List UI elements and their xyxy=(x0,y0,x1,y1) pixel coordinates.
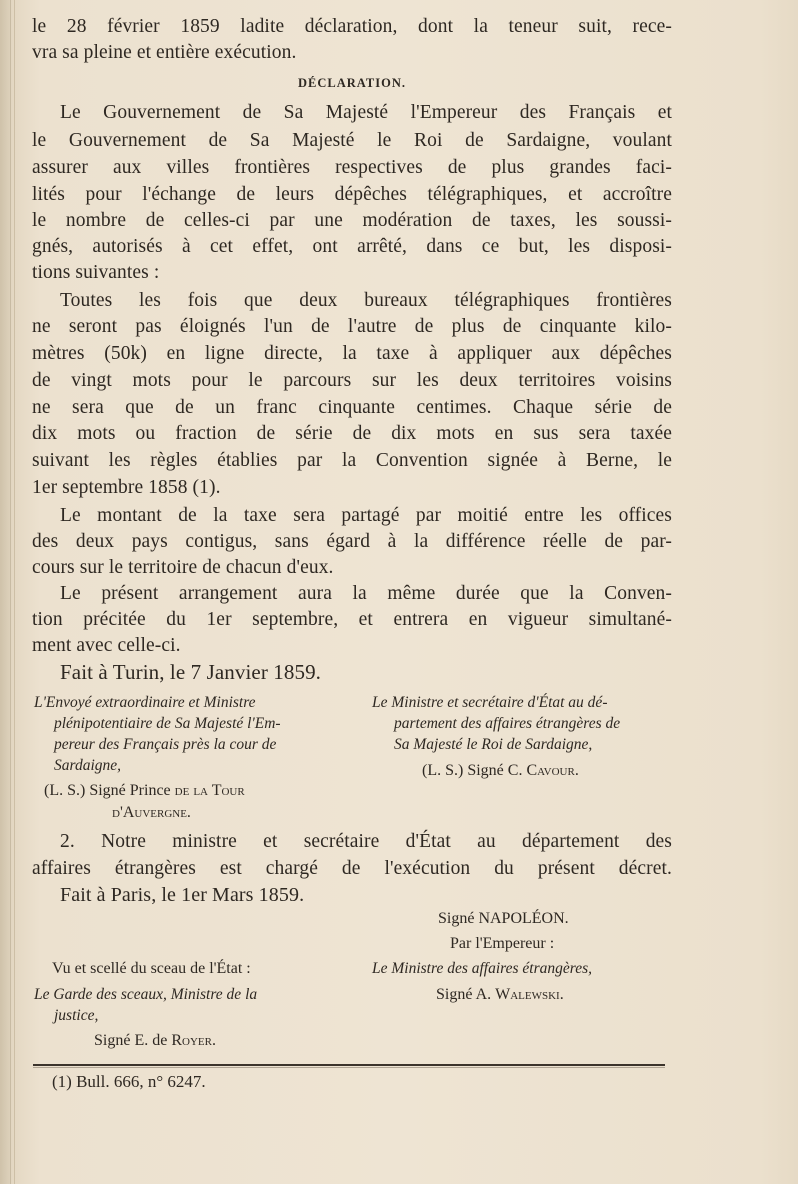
napoleon-signature: Signé NAPOLÉON. xyxy=(438,908,569,930)
declaration-date: Fait à Turin, le 7 Janvier 1859. xyxy=(60,659,321,685)
signatory-title-line: plénipotentiaire de Sa Majesté l'Em- xyxy=(54,713,281,734)
paragraph-line: Le Gouvernement de Sa Majesté l'Empereur… xyxy=(60,100,672,126)
paragraph-line: le Gouvernement de Sa Majesté le Roi de … xyxy=(32,128,672,154)
paragraph-line: le nombre de celles-ci par une modératio… xyxy=(32,208,672,234)
signatory-title-line: L'Envoyé extraordinaire et Ministre xyxy=(34,692,256,713)
footnote: (1) Bull. 666, n° 6247. xyxy=(52,1070,206,1094)
paragraph-line: mètres (50k) en ligne directe, la taxe à… xyxy=(32,341,672,367)
scanned-page: le 28 février 1859 ladite déclaration, d… xyxy=(0,0,798,1184)
walewski-signature: Signé A. Walewski. xyxy=(436,984,564,1006)
paragraph-line: Le présent arrangement aura la même duré… xyxy=(60,581,672,607)
signatory-signature-cont: d'Auvergne. xyxy=(112,802,191,824)
garde-title-line: Le Garde des sceaux, Ministre de la xyxy=(34,984,257,1005)
paragraph-line: Le montant de la taxe sera partagé par m… xyxy=(60,503,672,529)
paragraph-line: ne seront pas éloignés l'un de l'autre d… xyxy=(32,314,672,340)
paragraph-line: suivant les règles établies par la Conve… xyxy=(32,448,672,474)
signature-prefix: (L. S.) Signé Prince xyxy=(44,782,171,799)
paragraph-line: 2. Notre ministre et secrétaire d'État a… xyxy=(60,829,672,855)
signatory-title-line: partement des affaires étrangères de xyxy=(394,713,620,734)
footnote-divider-shadow xyxy=(33,1067,665,1068)
signature-prefix: Signé E. de xyxy=(94,1032,167,1049)
signature-name: de la Tour xyxy=(175,782,245,799)
paragraph-line: dix mots ou fraction de série de dix mot… xyxy=(32,421,672,447)
foreign-minister-title: Le Ministre des affaires étrangères, xyxy=(372,958,592,979)
signatory-signature: (L. S.) Signé C. Cavour. xyxy=(422,760,579,782)
signatory-title-line: Le Ministre et secrétaire d'État au dé- xyxy=(372,692,607,713)
signature-name: Cavour. xyxy=(526,762,578,779)
signature-prefix: (L. S.) Signé C. xyxy=(422,762,522,779)
paragraph-line: de vingt mots pour le parcours sur les d… xyxy=(32,368,672,394)
paragraph-line: affaires étrangères est chargé de l'exéc… xyxy=(32,856,672,882)
paragraph-line: ment avec celle-ci. xyxy=(32,633,181,659)
decree-date: Fait à Paris, le 1er Mars 1859. xyxy=(60,882,304,908)
intro-line-2: vra sa pleine et entière exécution. xyxy=(32,40,296,66)
signature-prefix: Signé A. xyxy=(436,986,491,1003)
royer-signature: Signé E. de Royer. xyxy=(94,1030,216,1052)
signatory-title-line: Sardaigne, xyxy=(54,755,121,776)
signatory-title-line: Sa Majesté le Roi de Sardaigne, xyxy=(394,734,592,755)
signatory-signature: (L. S.) Signé Prince de la Tour xyxy=(44,780,245,802)
seal-statement: Vu et scellé du sceau de l'État : xyxy=(52,958,251,980)
binding-edge xyxy=(14,0,15,1184)
page-gutter xyxy=(0,0,11,1184)
paragraph-line: tion précitée du 1er septembre, et entre… xyxy=(32,607,672,633)
intro-line-1: le 28 février 1859 ladite déclaration, d… xyxy=(32,14,672,40)
signatory-title-line: pereur des Français près la cour de xyxy=(54,734,276,755)
paragraph-line: 1er septembre 1858 (1). xyxy=(32,475,221,501)
garde-title-line: justice, xyxy=(54,1005,98,1026)
footnote-divider xyxy=(33,1064,665,1066)
paragraph-line: cours sur le territoire de chacun d'eux. xyxy=(32,555,334,581)
paragraph-line: tions suivantes : xyxy=(32,260,159,286)
paragraph-line: lités pour l'échange de leurs dépêches t… xyxy=(32,182,672,208)
paragraph-line: des deux pays contigus, sans égard à la … xyxy=(32,529,672,555)
signature-name: Walewski. xyxy=(495,986,564,1003)
paragraph-line: assurer aux villes frontières respective… xyxy=(32,155,672,181)
signature-name: Royer. xyxy=(171,1032,216,1049)
declaration-heading: DÉCLARATION. xyxy=(32,76,672,91)
paragraph-line: gnés, autorisés à cet effet, ont arrêté,… xyxy=(32,234,672,260)
paragraph-line: ne sera que de un franc cinquante centim… xyxy=(32,395,672,421)
paragraph-line: Toutes les fois que deux bureaux télégra… xyxy=(60,288,672,314)
par-empereur: Par l'Empereur : xyxy=(450,933,554,955)
